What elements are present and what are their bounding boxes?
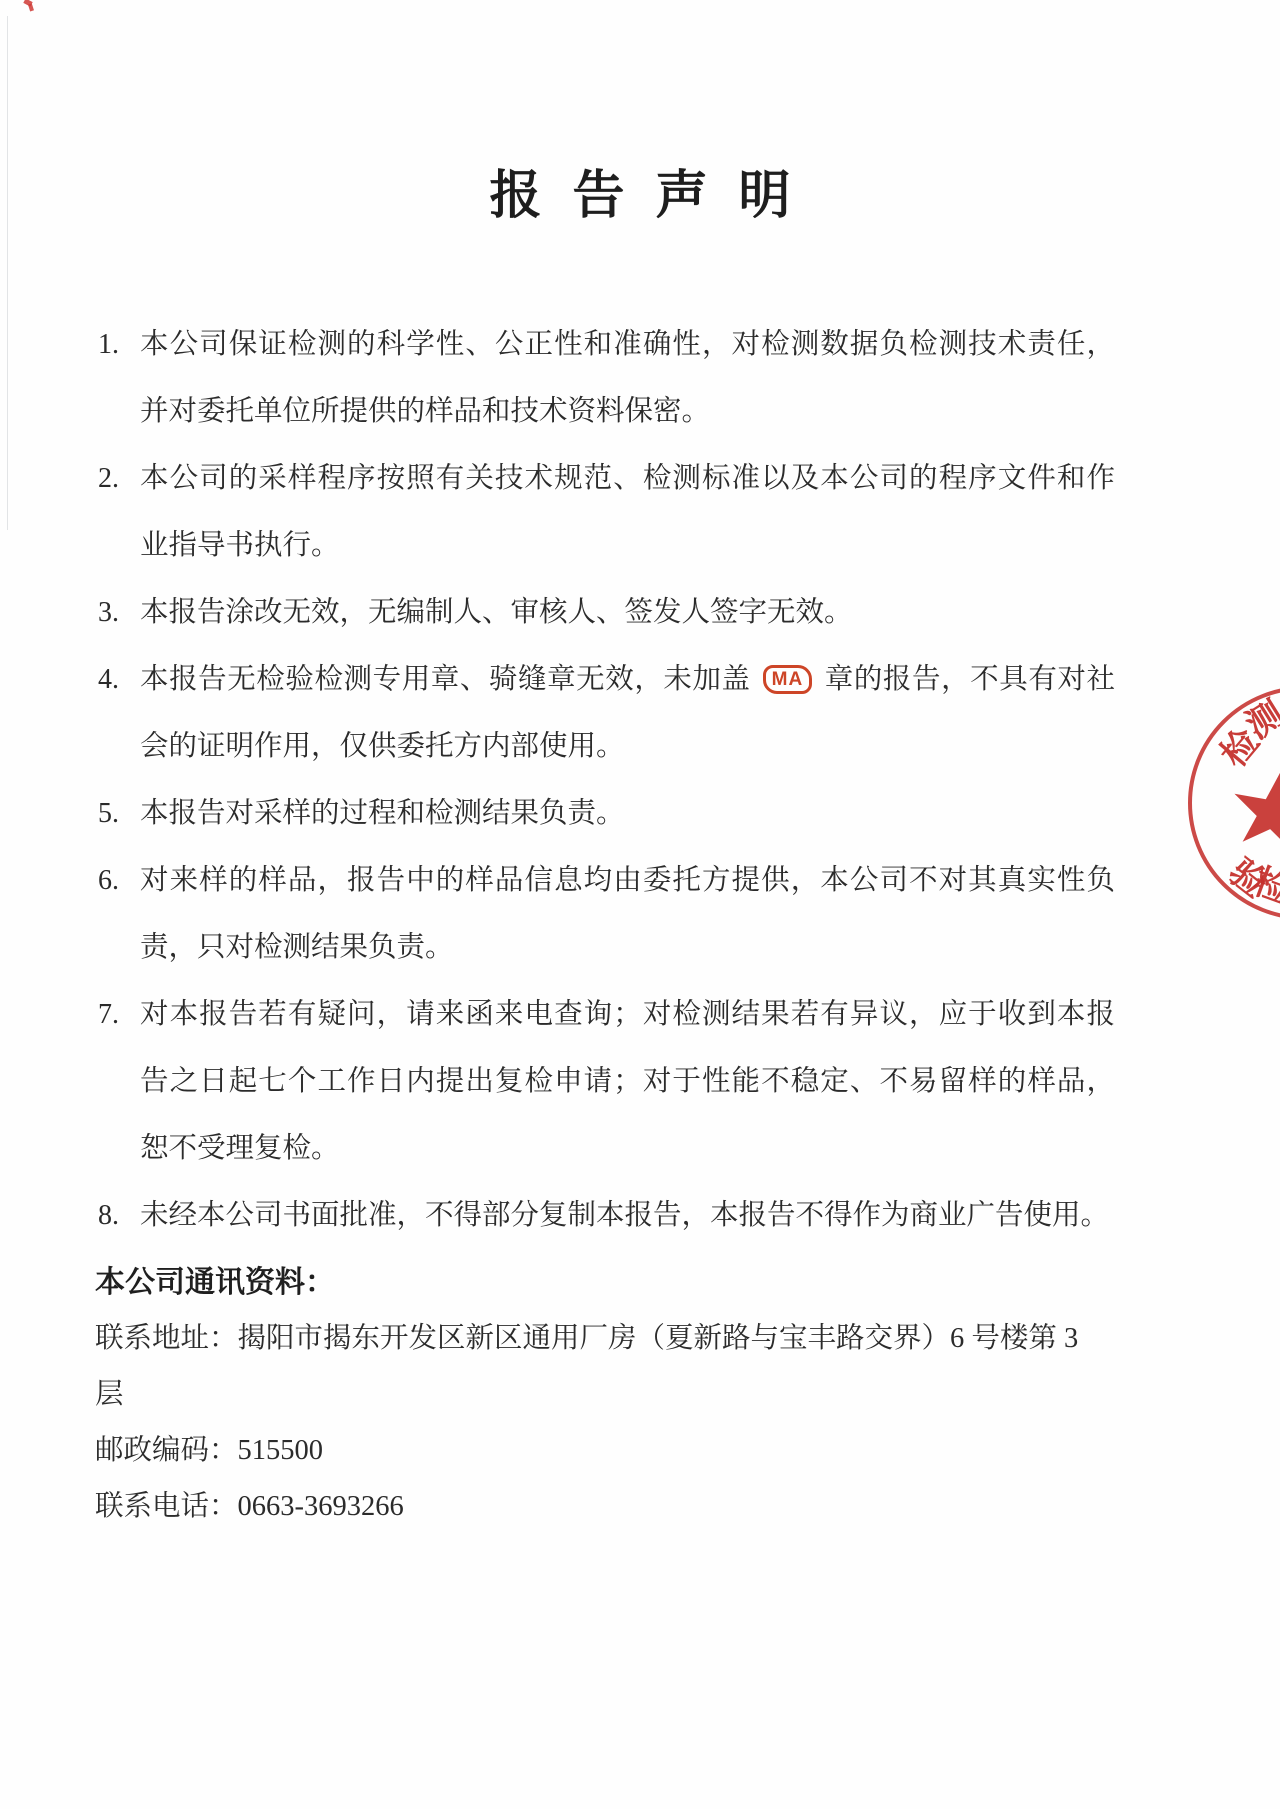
item-lines: 本报告对采样的过程和检测结果负责。 [140, 780, 1115, 847]
item-line: 对来样的样品，报告中的样品信息均由委托方提供，本公司不对其真实性负 [140, 847, 1115, 914]
item-line: 告之日起七个工作日内提出复检申请；对于性能不稳定、不易留样的样品， [140, 1048, 1115, 1115]
item-lines: 本公司的采样程序按照有关技术规范、检测标准以及本公司的程序文件和作业指导书执行。 [140, 445, 1115, 579]
contact-phone: 联系电话：0663-3693266 [95, 1479, 1155, 1535]
item-line: 恕不受理复检。 [140, 1115, 1115, 1182]
item-line: 本报告对采样的过程和检测结果负责。 [140, 780, 1115, 847]
statement-item: 6. 对来样的样品，报告中的样品信息均由委托方提供，本公司不对其真实性负责，只对… [140, 847, 1115, 981]
page-title: 报 告 声 明 [0, 166, 1280, 228]
statement-item: 4. 本报告无检验检测专用章、骑缝章无效，未加盖MA章的报告，不具有对社会的证明… [140, 646, 1115, 780]
item-number: 6. [98, 847, 119, 914]
item-number: 8. [98, 1182, 119, 1249]
statement-item: 8. 未经本公司书面批准，不得部分复制本报告，本报告不得作为商业广告使用。 [140, 1182, 1115, 1249]
statement-item: 3. 本报告涂改无效，无编制人、审核人、签发人签字无效。 [140, 579, 1115, 646]
item-line: 并对委托单位所提供的样品和技术资料保密。 [140, 378, 1115, 445]
item-line: 会的证明作用，仅供委托方内部使用。 [140, 713, 1115, 780]
partial-round-seal: 检 测 验 检 [1188, 686, 1280, 920]
contact-section: 本公司通讯资料： 联系地址：揭阳市揭东开发区新区通用厂房（夏新路与宝丰路交界）6… [95, 1255, 1155, 1535]
contact-address-line1: 联系地址：揭阳市揭东开发区新区通用厂房（夏新路与宝丰路交界）6 号楼第 3 [95, 1311, 1155, 1367]
item-number: 7. [98, 981, 119, 1048]
statement-item: 7. 对本报告若有疑问，请来函来电查询；对检测结果若有异议，应于收到本报告之日起… [140, 981, 1115, 1182]
item-number: 4. [98, 646, 119, 713]
contact-postal-code: 邮政编码：515500 [95, 1423, 1155, 1479]
scan-line-artifact [7, 16, 8, 530]
item-number: 2. [98, 445, 119, 512]
statement-item: 5. 本报告对采样的过程和检测结果负责。 [140, 780, 1115, 847]
corner-stamp-artifact [24, 0, 38, 12]
item-line: 本报告涂改无效，无编制人、审核人、签发人签字无效。 [140, 579, 1115, 646]
item-lines: 本报告涂改无效，无编制人、审核人、签发人签字无效。 [140, 579, 1115, 646]
statement-list: 1. 本公司保证检测的科学性、公正性和准确性，对检测数据负检测技术责任，并对委托… [140, 311, 1115, 1249]
contact-header: 本公司通讯资料： [95, 1255, 1155, 1311]
report-statement-page: 报 告 声 明 1. 本公司保证检测的科学性、公正性和准确性，对检测数据负检测技… [0, 0, 1280, 1809]
item-line: 业指导书执行。 [140, 512, 1115, 579]
item-line: 本公司保证检测的科学性、公正性和准确性，对检测数据负检测技术责任， [140, 311, 1115, 378]
contact-address-line2: 层 [95, 1367, 1155, 1423]
cma-mark-icon: MA [763, 665, 813, 694]
item-number: 3. [98, 579, 119, 646]
item-lines: 对来样的样品，报告中的样品信息均由委托方提供，本公司不对其真实性负责，只对检测结… [140, 847, 1115, 981]
item-line: 未经本公司书面批准，不得部分复制本报告，本报告不得作为商业广告使用。 [140, 1182, 1115, 1249]
item-lines: 本公司保证检测的科学性、公正性和准确性，对检测数据负检测技术责任，并对委托单位所… [140, 311, 1115, 445]
statement-item: 1. 本公司保证检测的科学性、公正性和准确性，对检测数据负检测技术责任，并对委托… [140, 311, 1115, 445]
item-line: 本公司的采样程序按照有关技术规范、检测标准以及本公司的程序文件和作 [140, 445, 1115, 512]
item-number: 5. [98, 780, 119, 847]
item-lines: 未经本公司书面批准，不得部分复制本报告，本报告不得作为商业广告使用。 [140, 1182, 1115, 1249]
item-lines: 本报告无检验检测专用章、骑缝章无效，未加盖MA章的报告，不具有对社会的证明作用，… [140, 646, 1115, 780]
item-line: 本报告无检验检测专用章、骑缝章无效，未加盖MA章的报告，不具有对社 [140, 646, 1115, 713]
item-number: 1. [98, 311, 119, 378]
item-line: 对本报告若有疑问，请来函来电查询；对检测结果若有异议，应于收到本报 [140, 981, 1115, 1048]
item-lines: 对本报告若有疑问，请来函来电查询；对检测结果若有异议，应于收到本报告之日起七个工… [140, 981, 1115, 1182]
item-line: 责，只对检测结果负责。 [140, 914, 1115, 981]
statement-item: 2. 本公司的采样程序按照有关技术规范、检测标准以及本公司的程序文件和作业指导书… [140, 445, 1115, 579]
